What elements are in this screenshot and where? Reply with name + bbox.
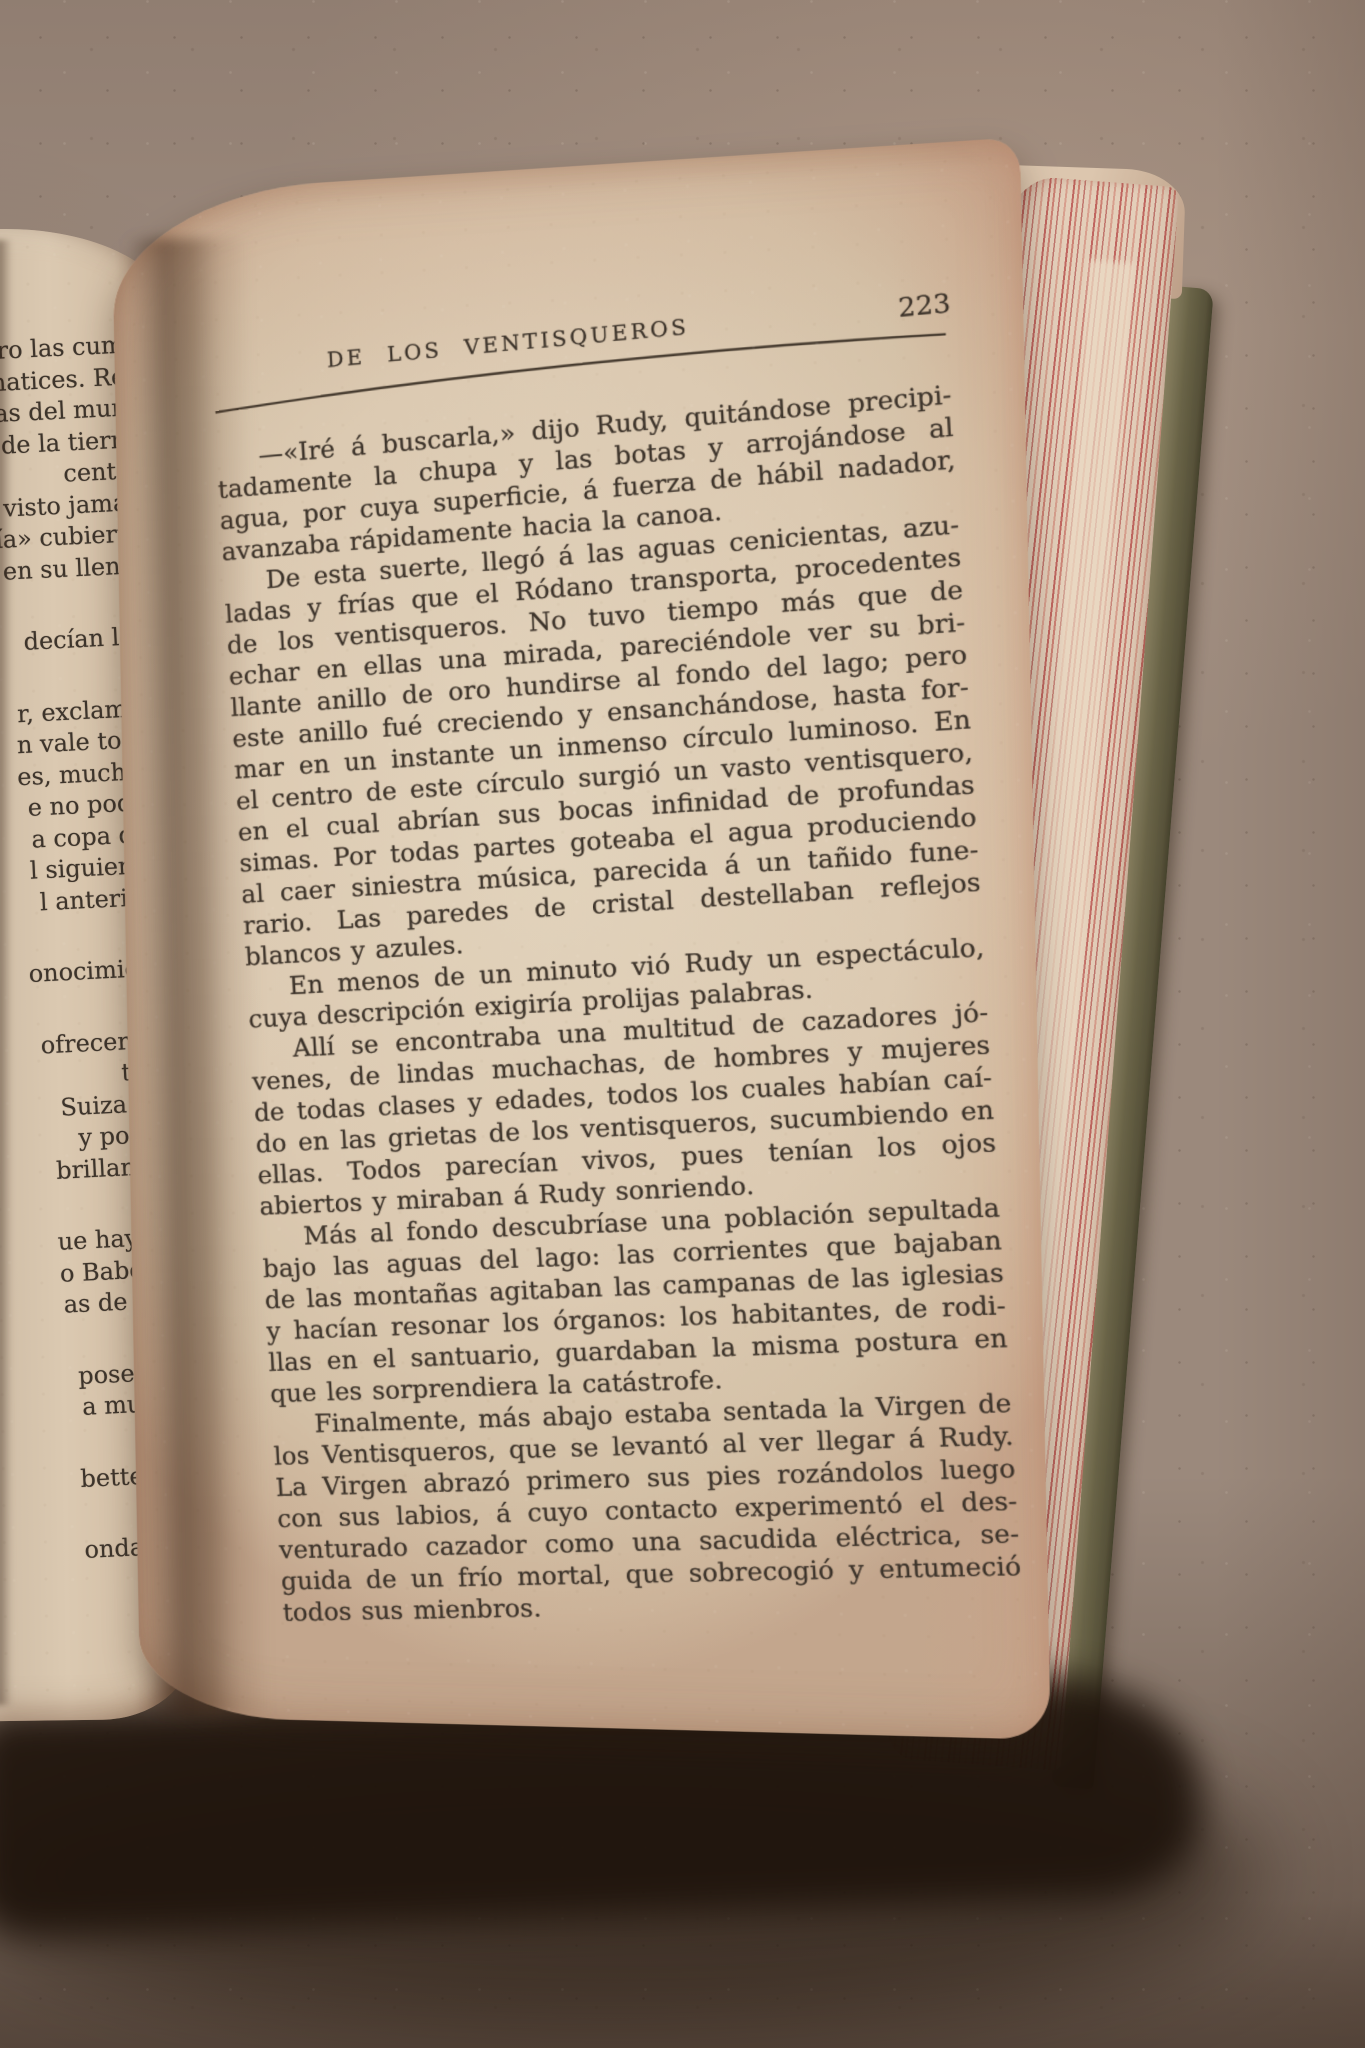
- header-page-number: 223: [897, 288, 951, 323]
- page-body: —«Iré á buscarla,» dijo Rudy, quitándose…: [215, 378, 1024, 1628]
- right-page-text-block: DE LOS VENTISQUEROS 223 —«Iré á buscarla…: [210, 290, 1023, 1628]
- bottom-fade: [0, 1898, 1365, 2048]
- book-gutter-shadow: [128, 237, 271, 1717]
- photo-frame: ero las cum-matices. Re-as del mun-de la…: [0, 0, 1365, 2048]
- right-vignette: [1215, 0, 1365, 2048]
- left-edge-crease: [0, 240, 12, 1705]
